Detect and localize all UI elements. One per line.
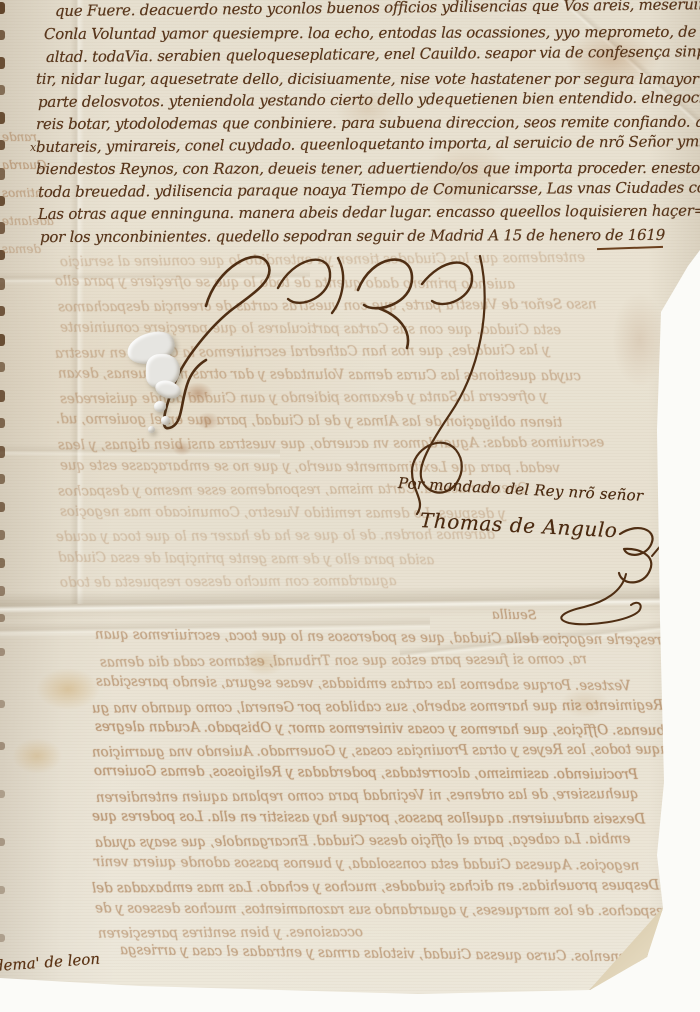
ghost-text-line: despachos. de los marqueses, y aguardand… [95, 900, 673, 919]
stain [612, 292, 667, 387]
left-edge-ink-mark [0, 278, 5, 290]
manuscript-text-line: Conla Voluntad yamor quesiempre. loa ech… [44, 23, 700, 43]
ghost-text-line: aguardamos con mucho desseo respuesta de… [60, 573, 397, 591]
left-edge-ink-mark [0, 502, 5, 512]
stain [12, 738, 62, 774]
margin-annotation-mark: x [30, 141, 36, 154]
left-edge-ink-mark [0, 474, 5, 484]
left-edge-ink-mark [0, 934, 5, 942]
left-edge-ink-mark [0, 2, 5, 14]
left-edge-ink-mark [0, 390, 5, 402]
ghost-text-line: Dexseis anduuieren. aquellos passos, por… [92, 809, 645, 828]
left-edge-ink-mark [0, 838, 5, 846]
ghost-text-line: paraque todos, los Reyes y otras Prouinç… [92, 741, 691, 760]
wax-drip [154, 401, 166, 412]
left-edge-ink-mark [0, 742, 5, 750]
scanned-manuscript-page: { "document": { "kind": "Spanish royal l… [0, 0, 700, 1012]
left-edge-ink-mark [0, 558, 5, 568]
paper-sheet: randeGuardantimosadelantedemas entendemo… [0, 0, 700, 1012]
stain [36, 668, 100, 710]
ghost-text-line: occasiones. y bien sentires paresçieren [98, 924, 363, 941]
left-edge-ink-mark [0, 57, 5, 69]
wax-drip [161, 416, 170, 425]
ghost-text-line: Seuilla [492, 608, 537, 624]
left-edge-ink-mark [0, 334, 5, 346]
ghost-text-fragment: demas [2, 242, 41, 256]
manuscript-text-line: Las otras aque enninguna. manera abeis d… [38, 202, 700, 223]
left-edge-ink-mark [0, 30, 5, 40]
manuscript-text-line: reis botar, ytodolodemas que conbiniere.… [36, 113, 700, 133]
left-edge-ink-mark [0, 790, 5, 798]
left-edge-ink-mark [0, 446, 5, 458]
left-edge-ink-mark [0, 418, 5, 428]
wax-drip [148, 426, 155, 433]
left-edge-ink-mark [0, 362, 5, 372]
left-edge-ink-mark [0, 614, 5, 622]
left-edge-ink-mark [0, 586, 5, 596]
left-edge-ink-mark [0, 886, 5, 894]
ghost-text-line: Despues prouehidas. en dichas çiudades, … [92, 878, 659, 897]
ghost-text-line: cartas y Regimiento sin que haremos sabe… [92, 697, 700, 716]
ghost-text-line: ra, como si fuesse para estos que son Tr… [100, 651, 587, 670]
left-edge-ink-mark [0, 700, 5, 708]
secretary-rubric-flourish [540, 512, 680, 632]
left-edge-ink-mark [0, 530, 5, 540]
left-edge-ink-mark [0, 648, 5, 656]
ghost-text-fragment: ntimos [2, 186, 43, 200]
stain [652, 975, 676, 1005]
left-edge-ink-mark [0, 85, 5, 95]
ghost-text-line: asida para ello y de mas gente prinçipal… [58, 550, 434, 569]
left-edge-ink-mark [0, 306, 5, 316]
manuscript-text-line: tir, nidar lugar, aquesetrate dello, dic… [36, 70, 699, 88]
manuscript-text-line: biendestos Reynos, con Razon, deueis ten… [36, 159, 700, 178]
left-edge-ink-mark [0, 112, 5, 124]
